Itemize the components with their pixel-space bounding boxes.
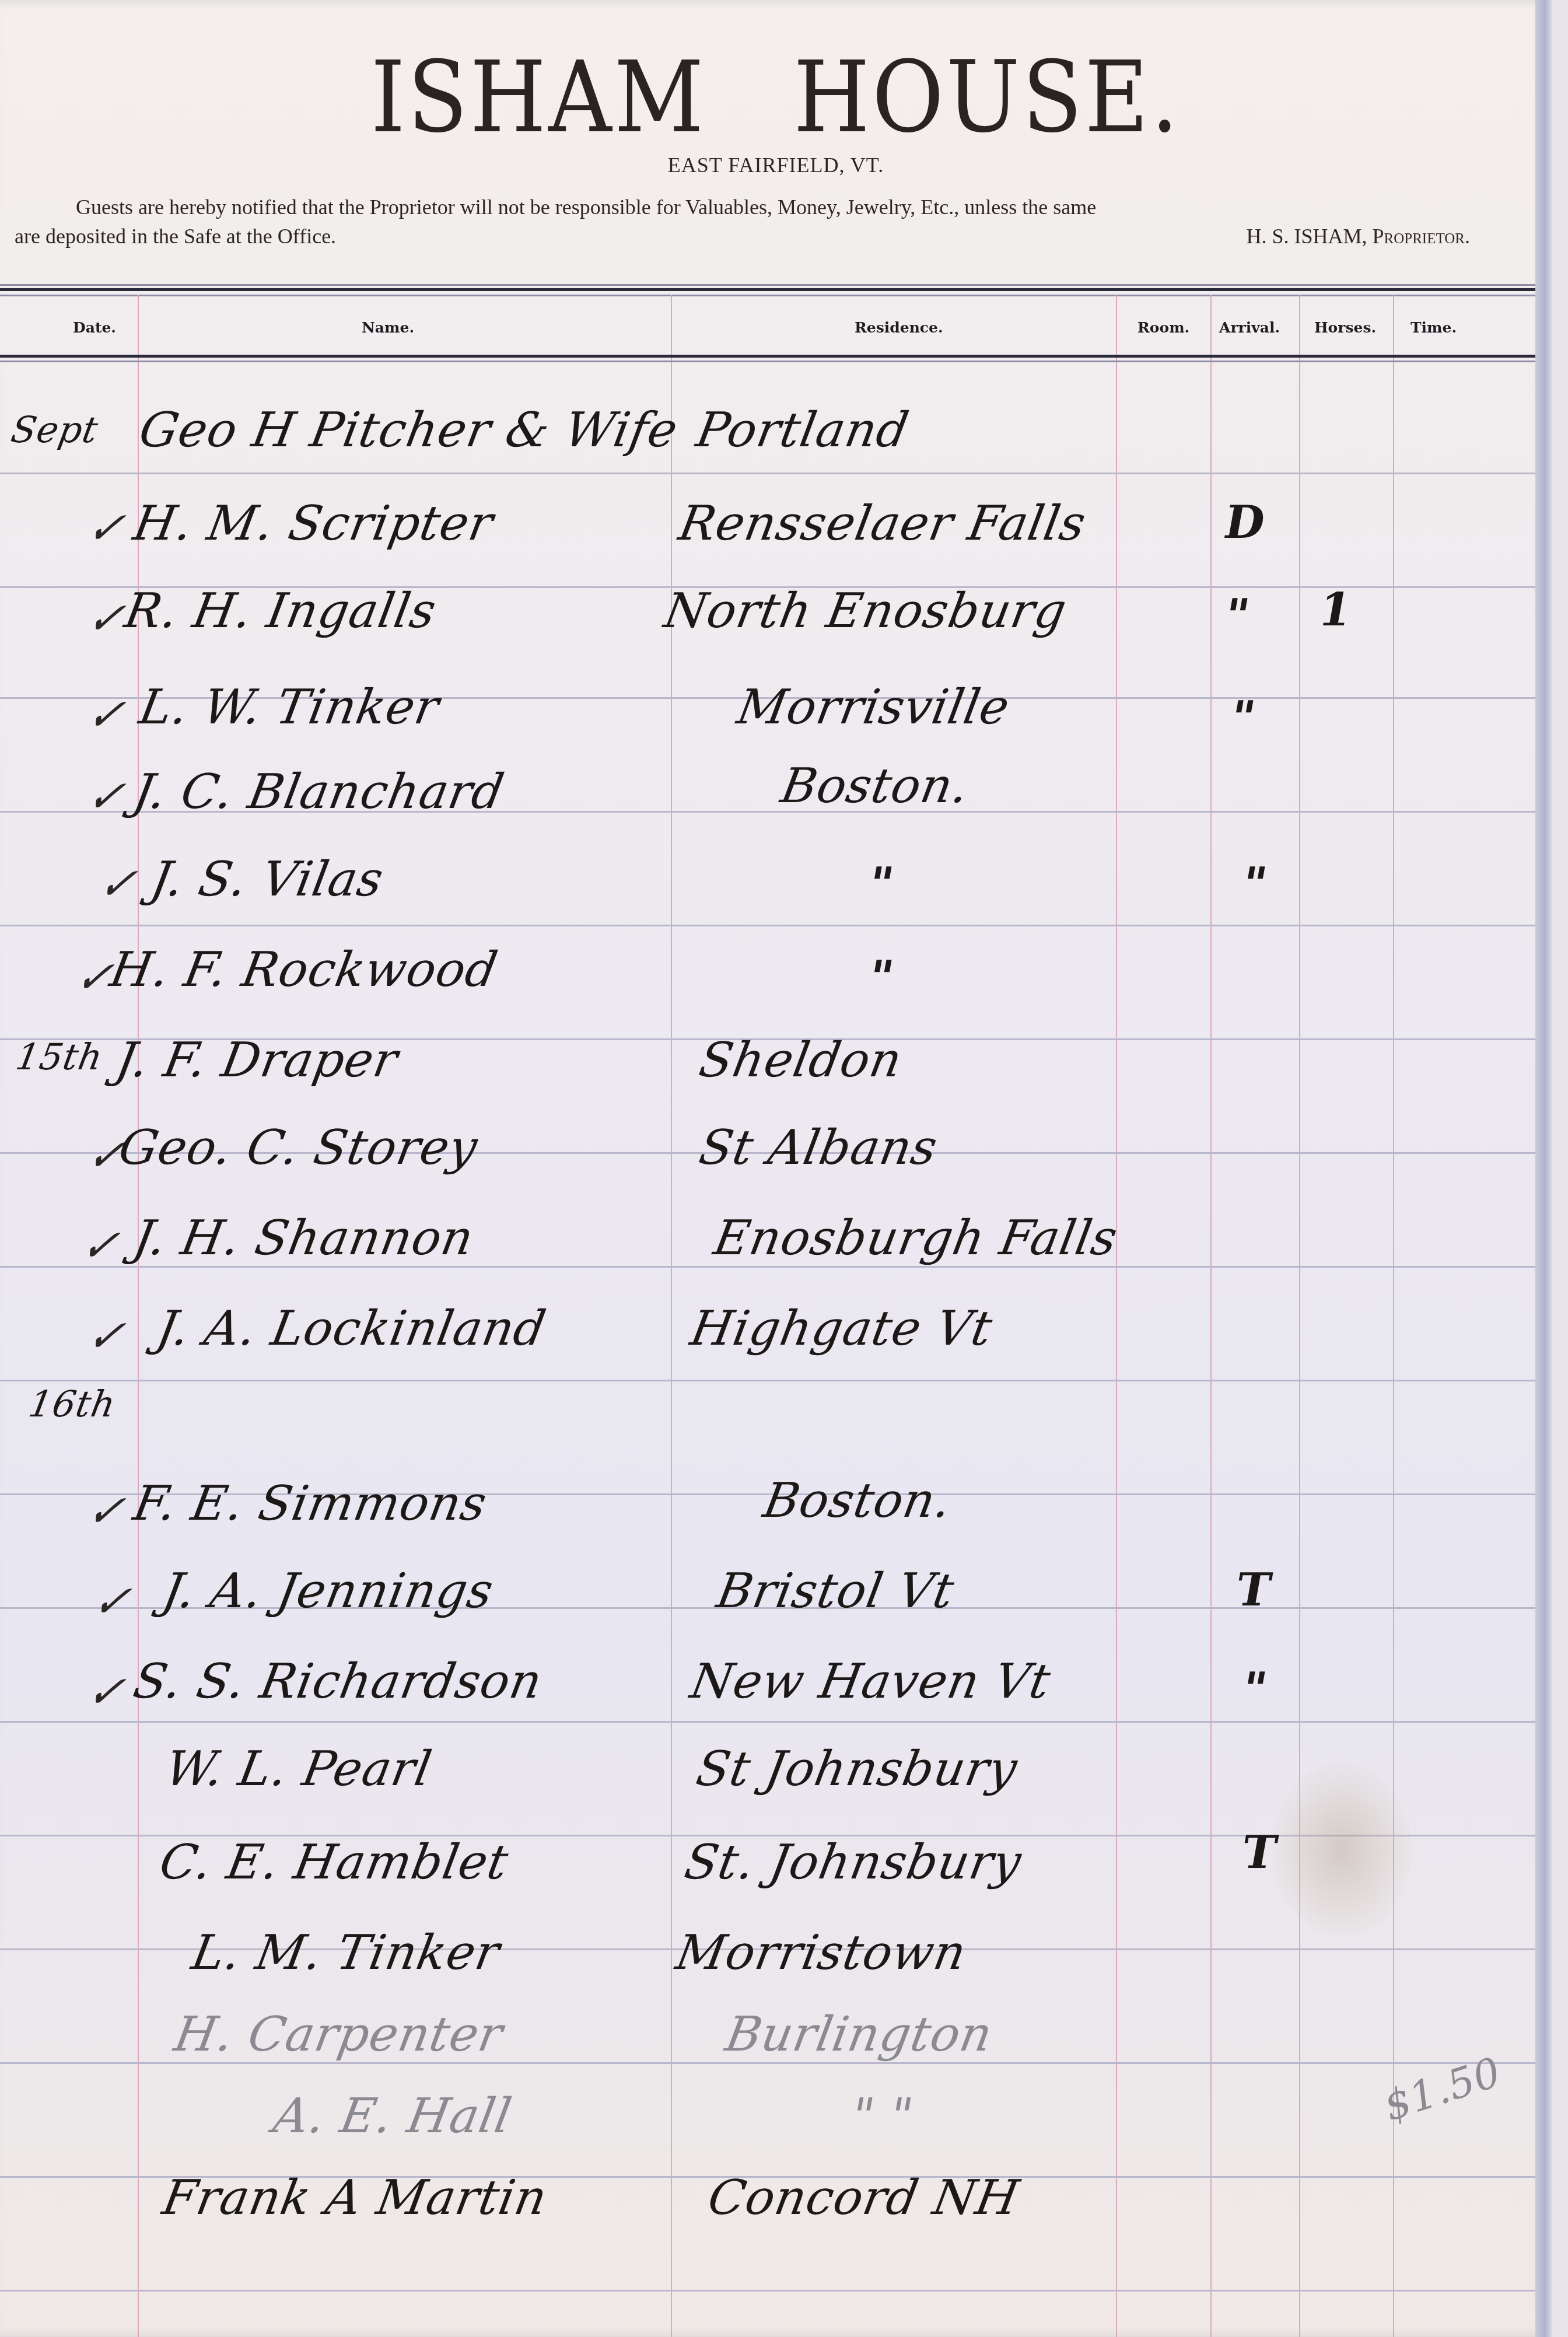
guest-name: S. S. Richardson (129, 1654, 547, 1709)
notice-line-2: are deposited in the Safe at the Office. (15, 222, 336, 251)
column-headings: Date. Name. Residence. Room. Arrival. Ho… (0, 312, 1535, 347)
title-word-2: HOUSE. (793, 41, 1181, 155)
heading-rule-thick (0, 355, 1535, 358)
guest-name: A. E. Hall (269, 2088, 516, 2144)
check-mark-icon: ✓ (83, 770, 129, 822)
check-mark-icon: ✓ (83, 1485, 129, 1537)
guest-residence: Rensselaer Falls (675, 496, 1090, 551)
notice-line-2-row: are deposited in the Safe at the Office.… (15, 222, 1505, 251)
header-rule-thin-bottom (0, 295, 1535, 296)
guest-residence: Concord NH (704, 2170, 1024, 2226)
date-marker-sept: Sept (8, 408, 102, 451)
proprietor-signature: H. S. ISHAM, Proprietor. (1246, 222, 1505, 251)
guest-residence: Portland (692, 403, 914, 458)
notice-line-1: Guests are hereby notified that the Prop… (76, 193, 1505, 222)
arrival-mark: " (1226, 691, 1260, 744)
check-mark-icon: ✓ (77, 1219, 124, 1271)
guest-residence: Enosburgh Falls (710, 1211, 1122, 1266)
page-edge (1535, 0, 1552, 2337)
column-heading-residence: Residence. (855, 319, 943, 336)
row-rule (0, 2290, 1535, 2291)
guest-name: Geo H Pitcher & Wife (135, 403, 682, 458)
guest-residence: Boston. (777, 758, 974, 814)
guest-name: F. E. Simmons (129, 1476, 491, 1531)
column-divider-room (1210, 295, 1212, 2337)
guest-name: H. F. Rockwood (106, 942, 502, 998)
guest-name: H. Carpenter (170, 2007, 508, 2062)
guest-residence: St. Johnsbury (681, 1835, 1026, 1890)
guest-residence: Bristol Vt (713, 1563, 958, 1619)
guest-name: J. H. Shannon (129, 1211, 478, 1266)
header-rule-thin-top (0, 284, 1535, 286)
date-marker-15th: 15th (13, 1035, 107, 1078)
check-mark-icon: ✓ (83, 1310, 129, 1362)
guest-name: Geo. C. Storey (115, 1120, 482, 1176)
row-rule (0, 1380, 1535, 1381)
guest-residence: Highgate Vt (687, 1301, 997, 1356)
page-title: ISHAMHOUSE. (0, 41, 1552, 155)
check-mark-icon: ✓ (94, 858, 141, 909)
guest-name: L. M. Tinker (188, 1925, 505, 1981)
arrival-mark: " (1220, 589, 1254, 642)
residence-ditto: " (864, 951, 898, 1004)
horses-count: 1 (1315, 583, 1356, 636)
arrival-mark: " (1238, 1663, 1272, 1716)
column-heading-horses: Horses. (1314, 319, 1376, 336)
residence-ditto: " " (847, 2088, 918, 2144)
guest-name: J. F. Draper (112, 1033, 402, 1088)
guest-residence: North Enosburg (660, 583, 1071, 639)
heading-rule-thin (0, 361, 1535, 362)
check-mark-icon: ✓ (89, 1575, 135, 1627)
check-mark-icon: ✓ (83, 1666, 129, 1717)
guest-name: J. A. Jennings (159, 1563, 498, 1619)
column-divider-residence (1116, 295, 1117, 2337)
guest-residence: Sheldon (695, 1033, 907, 1088)
arrival-mark: " (1238, 858, 1272, 911)
row-rule (0, 1266, 1535, 1268)
guest-name: J. A. Lockinland (153, 1301, 551, 1356)
guest-name: J. S. Vilas (147, 852, 388, 907)
header-rule-thick (0, 288, 1535, 291)
guest-name: H. M. Scripter (129, 496, 498, 551)
column-heading-date: Date. (73, 319, 116, 336)
guest-residence: Boston. (759, 1473, 956, 1528)
guest-residence: Morrisville (733, 680, 1014, 735)
arrival-mark: D (1220, 496, 1270, 549)
guest-name: R. H. Ingalls (121, 583, 440, 639)
margin-note-amount: $1.50 (1378, 2048, 1507, 2130)
guest-residence: St Johnsbury (692, 1741, 1022, 1797)
row-rule (0, 1721, 1535, 1723)
column-divider-horses (1393, 295, 1394, 2337)
guest-residence: St Albans (695, 1120, 942, 1176)
register-page: ISHAMHOUSE. EAST FAIRFIELD, VT. Guests a… (0, 0, 1552, 2337)
guest-name: C. E. Hamblet (156, 1835, 513, 1890)
check-mark-icon: ✓ (83, 502, 129, 554)
guest-residence: Morristown (672, 1925, 971, 1981)
column-divider-arrival (1299, 295, 1300, 2337)
row-rule (0, 925, 1535, 926)
row-rule (0, 2062, 1535, 2064)
guest-name: Frank A Martin (159, 2170, 552, 2226)
column-heading-time: Time. (1410, 319, 1457, 336)
guest-residence: New Haven Vt (687, 1654, 1055, 1709)
guest-residence: Burlington (722, 2007, 997, 2062)
check-mark-icon: ✓ (83, 688, 129, 740)
row-rule (0, 473, 1535, 474)
water-stain (1272, 1762, 1412, 1937)
location-line: EAST FAIRFIELD, VT. (0, 153, 1552, 177)
guest-name: J. C. Blanchard (129, 764, 509, 820)
title-word-1: ISHAM (371, 41, 706, 155)
column-heading-name: Name. (362, 319, 414, 336)
liability-notice: Guests are hereby notified that the Prop… (76, 193, 1505, 251)
column-heading-arrival: Arrival. (1219, 319, 1280, 336)
guest-name: L. W. Tinker (135, 680, 444, 735)
date-marker-16th: 16th (26, 1383, 120, 1425)
guest-name: W. L. Pearl (162, 1741, 436, 1797)
residence-ditto: " (864, 858, 898, 911)
column-heading-room: Room. (1137, 319, 1189, 336)
